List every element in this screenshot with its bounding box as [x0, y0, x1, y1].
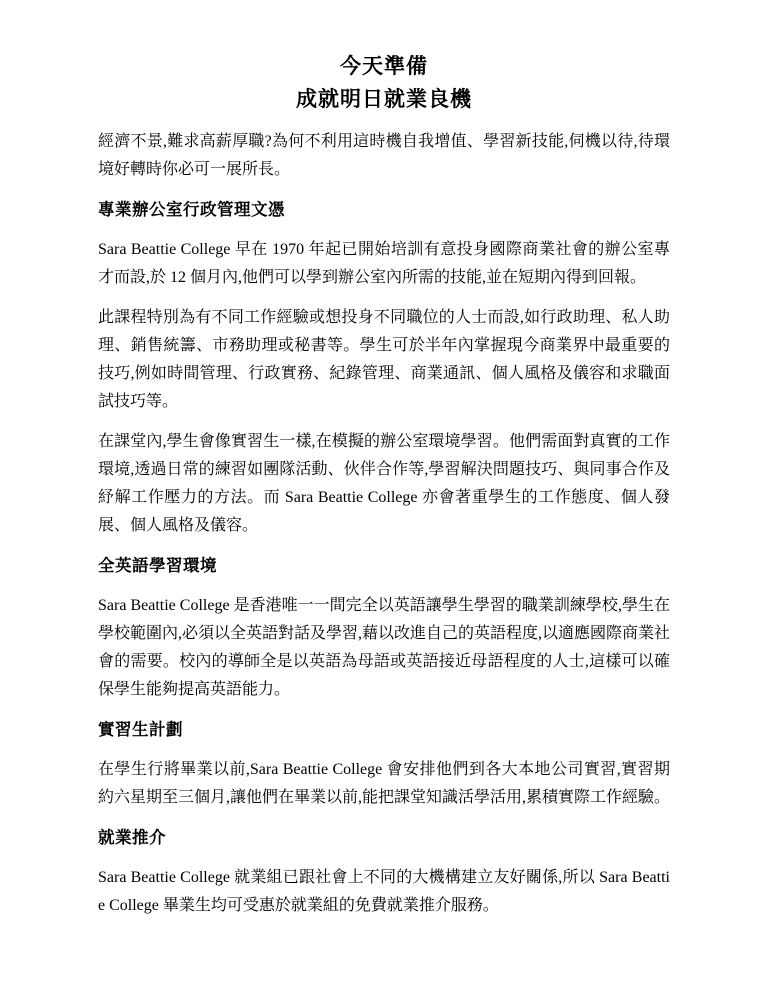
section-heading-internship: 實習生計劃 — [98, 716, 670, 744]
paragraph-diploma-2: 此課程特別為有不同工作經驗或想投身不同職位的人士而設,如行政助理、私人助理、銷售… — [98, 304, 670, 416]
document-page: 今天準備 成就明日就業良機 經濟不景,難求高薪厚職?為何不利用這時機自我增值、學… — [0, 0, 768, 994]
paragraph-english-environment: Sara Beattie College 是香港唯一一間完全以英語讓學生學習的職… — [98, 592, 670, 704]
document-title: 今天準備 成就明日就業良機 — [98, 50, 670, 116]
title-line-2: 成就明日就業良機 — [98, 83, 670, 116]
section-heading-job-referral: 就業推介 — [98, 824, 670, 852]
paragraph-diploma-1: Sara Beattie College 早在 1970 年起已開始培訓有意投身… — [98, 236, 670, 292]
section-heading-english-environment: 全英語學習環境 — [98, 552, 670, 580]
paragraph-diploma-3: 在課堂內,學生會像實習生一樣,在模擬的辦公室環境學習。他們需面對真實的工作環境,… — [98, 428, 670, 540]
title-line-1: 今天準備 — [98, 50, 670, 83]
paragraph-internship: 在學生行將畢業以前,Sara Beattie College 會安排他們到各大本… — [98, 756, 670, 812]
section-heading-diploma: 專業辦公室行政管理文憑 — [98, 196, 670, 224]
paragraph-job-referral: Sara Beattie College 就業組已跟社會上不同的大機構建立友好關… — [98, 864, 670, 920]
intro-paragraph: 經濟不景,難求高薪厚職?為何不利用這時機自我增值、學習新技能,伺機以待,待環境好… — [98, 128, 670, 184]
